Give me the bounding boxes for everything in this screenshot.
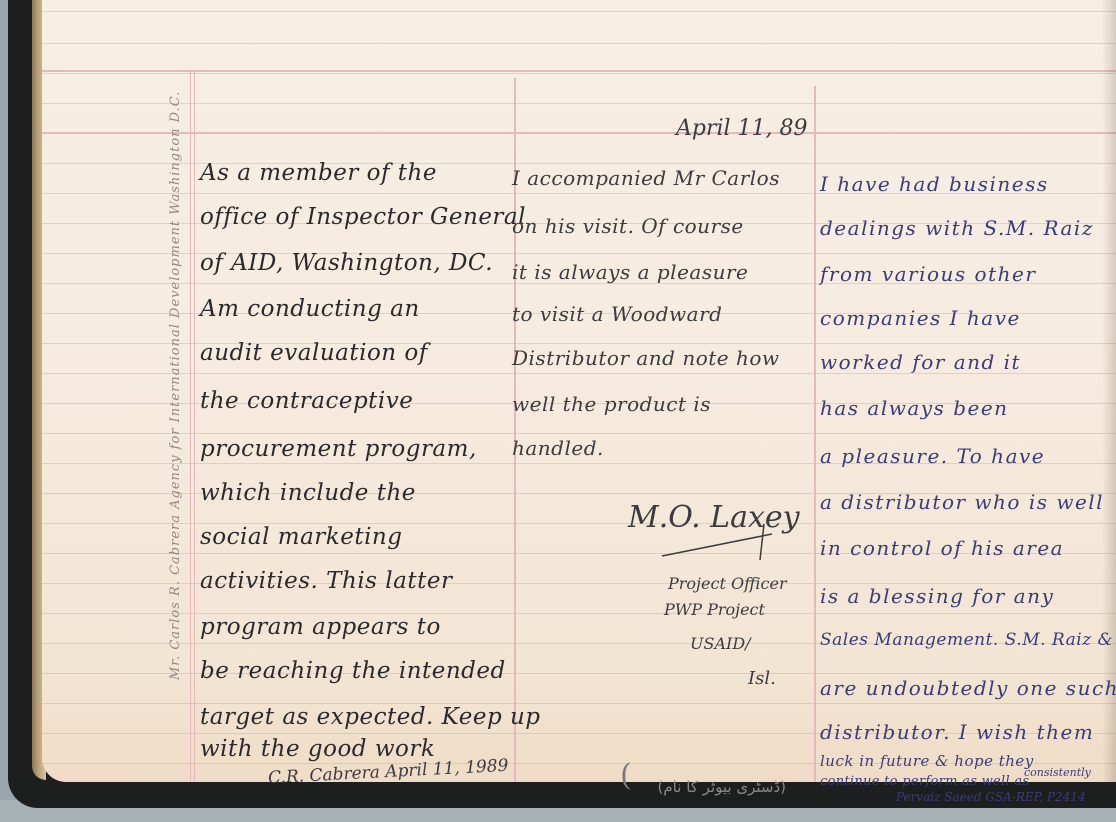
entry-line: from various other	[820, 262, 1036, 286]
entry-line: it is always a pleasure	[512, 260, 748, 284]
entry-2-title-line: USAID/	[690, 634, 751, 653]
entry-line: I have had business	[820, 172, 1049, 196]
red-rule-header	[42, 132, 1116, 134]
entry-line: program appears to	[200, 614, 441, 640]
entry-2-title-line: PWP Project	[664, 600, 765, 619]
entry-2-title-line: Isl.	[748, 668, 776, 689]
entry-line: dealings with S.M. Raiz	[820, 216, 1094, 240]
entry-2-title-line: Project Officer	[668, 574, 787, 593]
entry-line: on his visit. Of course	[512, 214, 744, 238]
entry-line: to visit a Woodward	[512, 302, 722, 326]
entry-line: office of Inspector General	[200, 204, 526, 230]
entry-line: a pleasure. To have	[820, 444, 1045, 468]
entry-line: be reaching the intended	[200, 658, 506, 684]
entry-line: procurement program,	[200, 436, 477, 462]
entry-line: with the good work	[200, 736, 435, 762]
margin-visitor-name: Mr. Carlos R. Cabrera Agency for Interna…	[168, 91, 183, 680]
entry-3-signature: Pervaiz Saeed GSA-REP, P2414	[896, 790, 1086, 804]
urdu-stamp-text: (ڈسٹری بیوٹر کا نام)	[676, 778, 786, 796]
entry-line: of AID, Washington, DC.	[200, 250, 493, 276]
entry-line: a distributor who is well	[820, 490, 1104, 514]
red-margin-line	[190, 70, 195, 782]
entry-line: has always been	[820, 396, 1009, 420]
entry-line: companies I have	[820, 306, 1021, 330]
entry-line: which include the	[200, 480, 416, 506]
entry-insert: consistently	[1024, 766, 1091, 779]
entry-line: in control of his area	[820, 536, 1064, 560]
signature-flourish-icon	[660, 520, 780, 560]
entry-line: Sales Management. S.M. Raiz & Co.	[820, 630, 1116, 650]
entry-line: activities. This latter	[200, 568, 452, 594]
entry-line: is a blessing for any	[820, 584, 1054, 608]
entry-date: April 11, 89	[676, 116, 808, 141]
entry-line: handled.	[512, 436, 604, 460]
entry-line: target as expected. Keep up	[200, 704, 541, 730]
red-rule-top	[42, 70, 1116, 72]
entry-line: Am conducting an	[200, 296, 420, 322]
entry-line: well the product is	[512, 392, 711, 416]
entry-line: distributor. I wish them	[820, 720, 1094, 744]
entry-line: continue to perform as well as	[820, 774, 1029, 789]
entry-line: are undoubtedly one such	[820, 676, 1116, 700]
entry-line: social marketing	[200, 524, 402, 550]
entry-line: audit evaluation of	[200, 340, 428, 366]
bottom-open-paren: (	[620, 758, 632, 793]
column-divider-2	[814, 86, 816, 782]
entry-line: worked for and it	[820, 350, 1021, 374]
entry-line: As a member of the	[200, 160, 437, 186]
page-curl-shadow	[1102, 0, 1116, 782]
entry-line: I accompanied Mr Carlos	[512, 166, 780, 190]
entry-line: luck in future & hope they	[820, 752, 1034, 770]
entry-line: the contraceptive	[200, 388, 413, 414]
entry-line: Distributor and note how	[512, 346, 780, 370]
